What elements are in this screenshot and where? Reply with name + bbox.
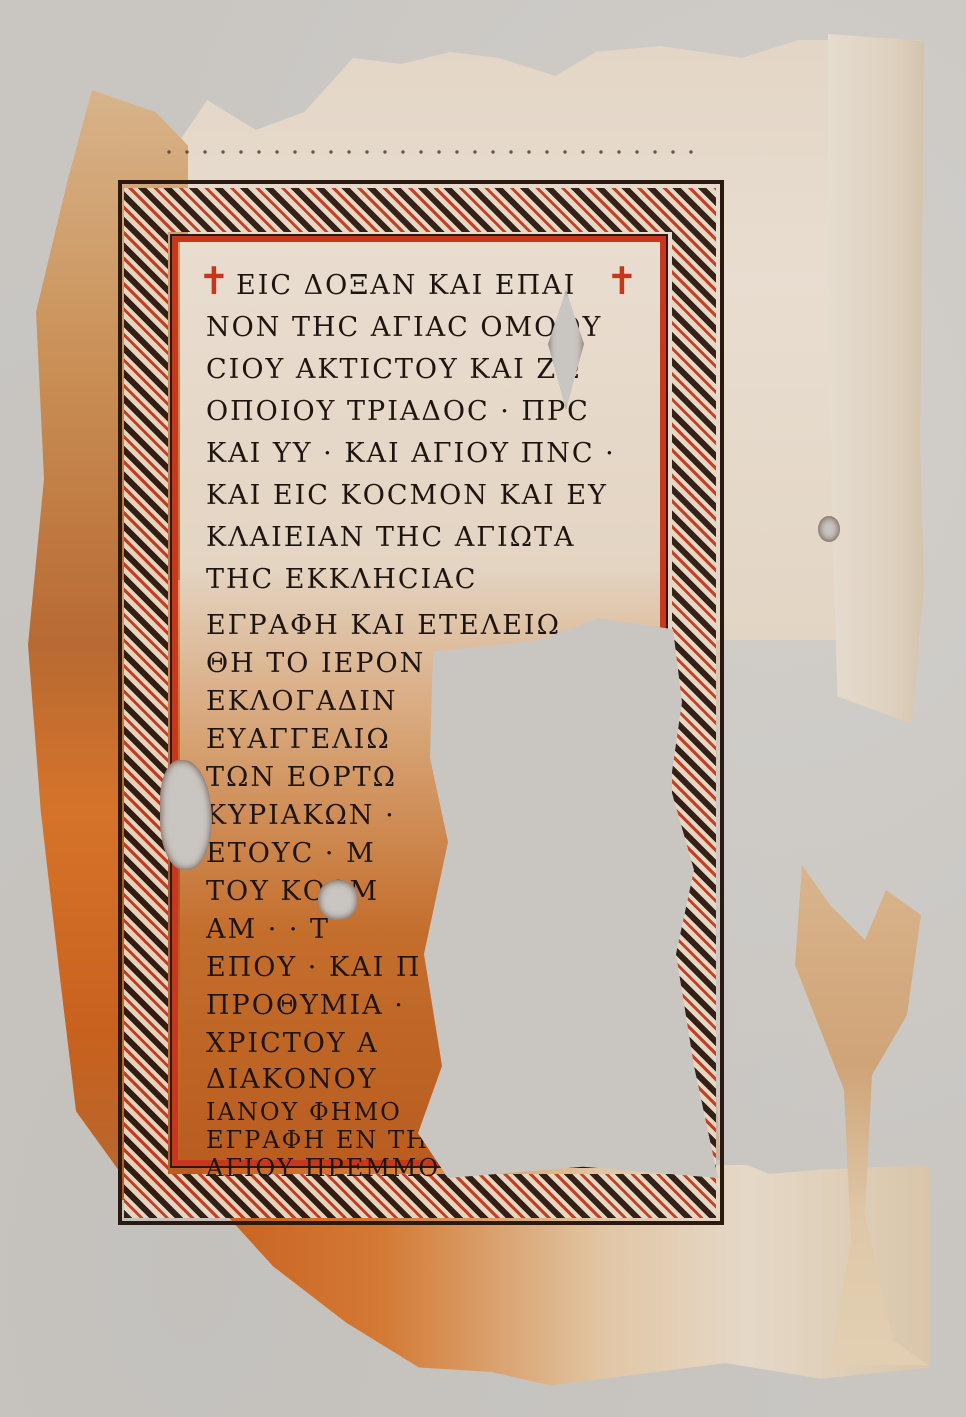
text-line: ΕΓΡΑΦΗ ΚΑΙ ΕΤΕΛΕΙΩ <box>206 612 561 639</box>
text-line: ΕΥΑΓΓΕΛΙΩ <box>206 726 391 753</box>
text-line: ΑΜ · · Τ <box>206 916 330 943</box>
text-line: ΝΟΝ ΤΗϹ ΑΓΙΑϹ ΟΜΟΟΥ <box>206 314 602 341</box>
text-line: ΕΓΡΑΦΗ ΕΝ ΤΗ <box>206 1128 429 1152</box>
text-line: ΟΠΟΙΟΥ ΤΡΙΑΔΟϹ · ΠΡϹ <box>206 398 590 425</box>
text-line: ΑΓΙΟΥ ΠΡΕΜΜΟ <box>206 1156 440 1180</box>
text-line: ΕΙϹ ΔΟΞΑΝ ΚΑΙ ΕΠΑΙ <box>236 272 576 299</box>
text-line: ΚΑΙ ΥΥ · ΚΑΙ ΑΓΙΟΥ ΠΝϹ · <box>206 440 616 467</box>
text-line: ΔΙΑΚΟΝΟΥ <box>206 1066 378 1093</box>
lacuna-large <box>418 618 718 1178</box>
text-line: ϹΙΟΥ ΑΚΤΙϹΤΟΥ ΚΑΙ ΖΩ <box>206 356 581 383</box>
text-line: ΚΛΑΙΕΙΑΝ ΤΗϹ ΑΓΙΩΤΑ <box>206 524 576 551</box>
parchment-right-strip <box>828 34 924 724</box>
text-line: ΚΑΙ ΕΙϹ ΚΟϹΜΟΝ ΚΑΙ ΕΥ <box>206 482 608 509</box>
red-cross-icon: ✝ <box>606 262 638 300</box>
text-line: ΤΗϹ ΕΚΚΛΗϹΙΑϹ <box>206 566 477 593</box>
text-line: ΠΡΟΘΥΜΙΑ · <box>206 992 405 1019</box>
text-line: ΧΡΙϹΤΟΥ Α <box>206 1030 379 1057</box>
text-line: ΘΗ ΤΟ ΙΕΡΟΝ <box>206 650 425 677</box>
text-line: ΕΠΟΥ · ΚΑΙ Π <box>206 954 421 981</box>
red-cross-icon: ✝ <box>198 262 230 300</box>
pricking-dots <box>160 148 700 156</box>
lacuna-small <box>318 880 358 920</box>
text-line: ΤΩΝ ΕΟΡΤΩ <box>206 764 397 791</box>
text-line: ΙΑΝΟΥ ΦΗΜΟ <box>206 1100 402 1124</box>
text-line: ΚΥΡΙΑΚΩΝ · <box>206 802 396 829</box>
text-line: ΕΤΟΥϹ · Μ <box>206 840 376 867</box>
lacuna-margin <box>818 516 840 542</box>
text-line: ΕΚΛΟΓΑΔΙΝ <box>206 688 398 715</box>
